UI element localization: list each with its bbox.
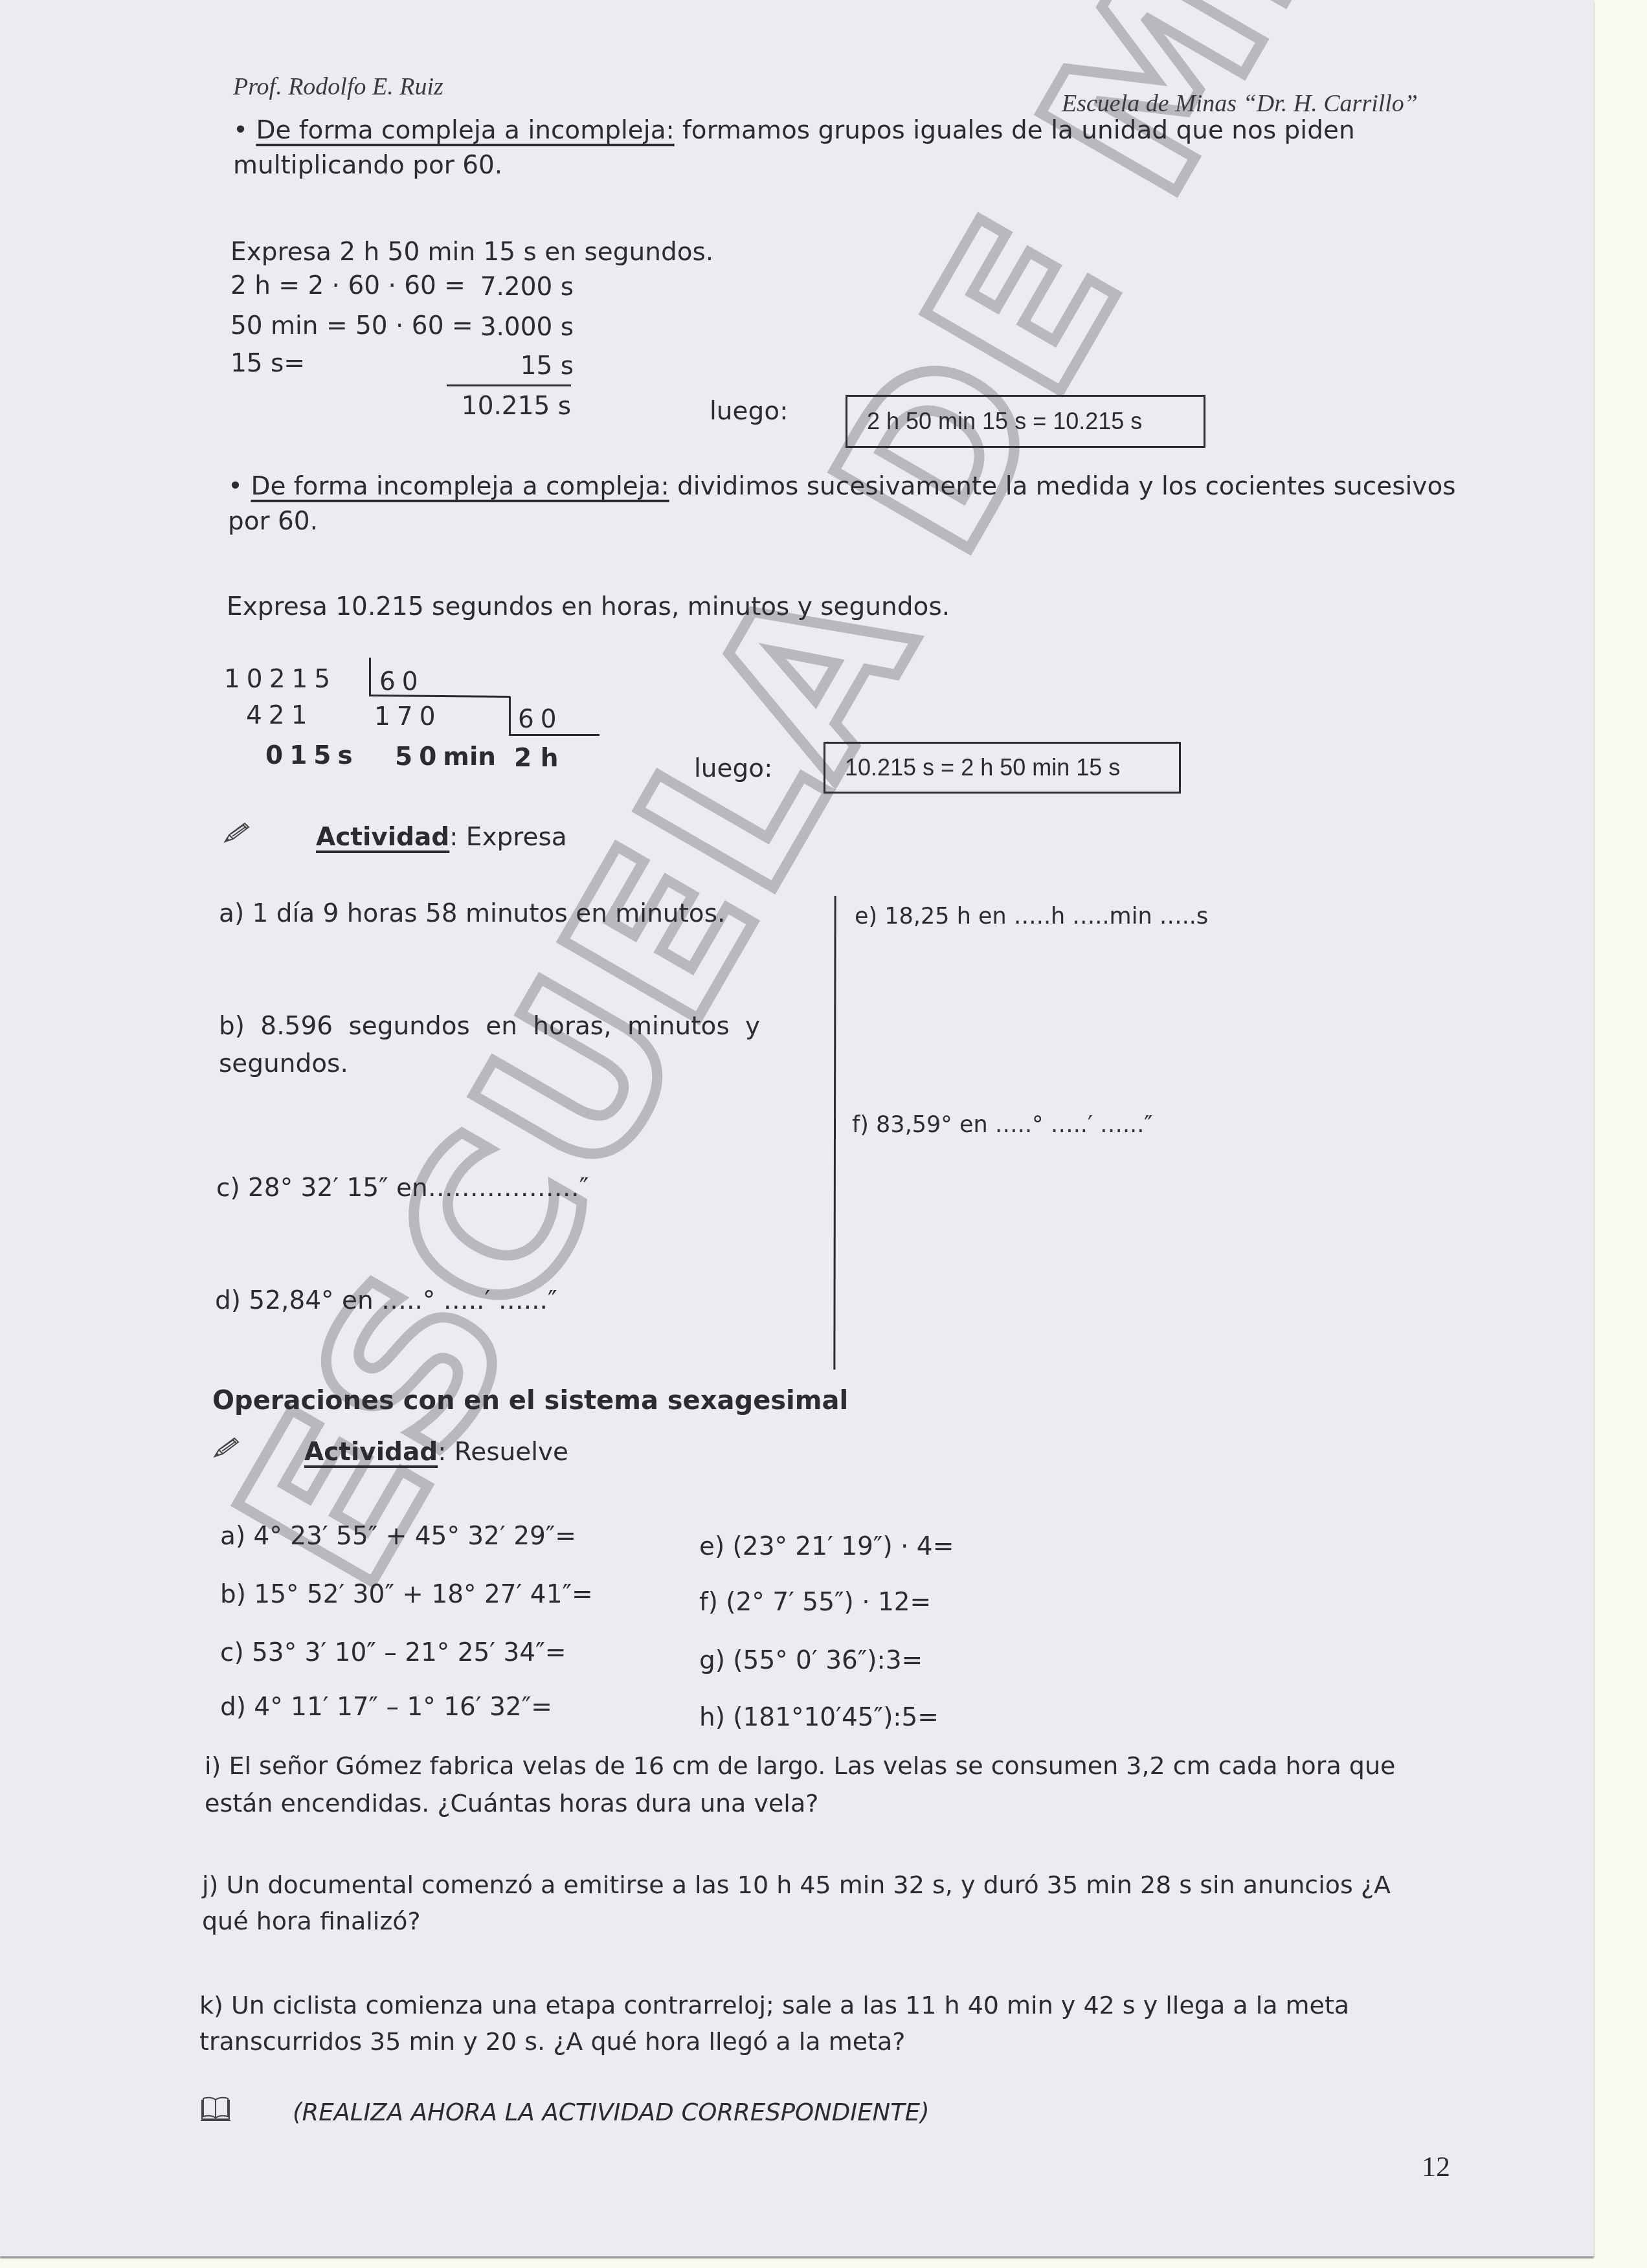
column-divider bbox=[833, 896, 836, 1370]
operations-activity-instruction: : Resuelve bbox=[438, 1438, 568, 1467]
example1-row-minutes-value: 3.000 s bbox=[457, 312, 574, 343]
division-bracket-2-horizontal bbox=[509, 734, 599, 736]
activity1-item-d: d) 52,84° en …..° …..′ …...″ bbox=[215, 1285, 557, 1317]
divisor-1: 60 bbox=[379, 667, 425, 698]
example1-total: 10.215 s bbox=[453, 391, 571, 422]
example2-result: 10.215 s = 2 h 50 min 15 s bbox=[845, 754, 1120, 781]
section1-line2: multiplicando por 60. bbox=[233, 150, 502, 181]
sum-line bbox=[447, 384, 571, 386]
operation-d: d) 4° 11′ 17″ – 1° 16′ 32″= bbox=[220, 1692, 552, 1723]
problem-j-line2: qué hora finalizó? bbox=[202, 1906, 421, 1937]
section1-text: formamos grupos iguales de la unidad que… bbox=[675, 116, 1355, 145]
problem-k-line1: k) Un ciclista comienza una etapa contra… bbox=[199, 1990, 1349, 2021]
activity1-item-e: e) 18,25 h en …..h …..min …..s bbox=[855, 901, 1208, 932]
example2-luego: luego: bbox=[694, 753, 772, 784]
hours-result: 2 h bbox=[514, 743, 558, 774]
problem-k-line2: transcurridos 35 min y 20 s. ¿A qué hora… bbox=[199, 2026, 905, 2057]
divisor-2: 60 bbox=[518, 704, 563, 735]
section2-text: dividimos sucesivamente la medida y los … bbox=[669, 472, 1456, 501]
pencil-icon bbox=[223, 821, 251, 844]
activity1-item-b-line1: b) 8.596 segundos en horas, minutos y bbox=[219, 1011, 760, 1042]
section2-line1: • De forma incompleja a compleja: dividi… bbox=[228, 471, 1456, 502]
activity1-item-f: f) 83,59° en …..° …..′ …...″ bbox=[852, 1109, 1152, 1140]
seconds-result: 015s bbox=[265, 740, 359, 772]
example1-row-hours: 2 h = 2 · 60 · 60 = bbox=[230, 271, 465, 302]
operation-a: a) 4° 23′ 55″ + 45° 32′ 29″= bbox=[220, 1521, 576, 1552]
example1-row-seconds-value: 15 s bbox=[457, 351, 574, 382]
activity1-instruction: : Expresa bbox=[449, 823, 566, 852]
problem-i-line2: están encendidas. ¿Cuántas horas dura un… bbox=[205, 1788, 818, 1819]
example1-result-box: 2 h 50 min 15 s = 10.215 s bbox=[846, 395, 1205, 448]
example1-row-minutes: 50 min = 50 · 60 = bbox=[230, 311, 473, 342]
example1-prompt: Expresa 2 h 50 min 15 s en segundos. bbox=[230, 237, 713, 268]
footer-note: (REALIZA AHORA LA ACTIVIDAD CORRESPONDIE… bbox=[293, 2097, 930, 2128]
quotient-1: 170 bbox=[374, 702, 442, 733]
pencil-icon bbox=[212, 1436, 241, 1459]
book-icon bbox=[199, 2096, 232, 2123]
section2-line2: por 60. bbox=[228, 506, 318, 537]
header-school: Escuela de Minas “Dr. H. Carrillo” bbox=[1062, 89, 1418, 118]
section1-title: De forma compleja a incompleja: bbox=[256, 116, 674, 145]
division-bracket-2-vertical bbox=[509, 696, 511, 735]
page-number: 12 bbox=[1422, 2150, 1450, 2183]
header-author: Prof. Rodolfo E. Ruiz bbox=[233, 72, 443, 101]
example2-prompt: Expresa 10.215 segundos en horas, minuto… bbox=[227, 592, 950, 623]
operation-c: c) 53° 3′ 10″ – 21° 25′ 34″= bbox=[220, 1638, 566, 1669]
operations-activity-heading: Actividad: Resuelve bbox=[304, 1437, 568, 1468]
activity1-item-b-line2: segundos. bbox=[219, 1049, 348, 1080]
partial-remainder: 421 bbox=[246, 700, 313, 731]
row-left: 2 h = 2 · 60 · 60 = bbox=[230, 271, 465, 300]
operation-b: b) 15° 52′ 30″ + 18° 27′ 41″= bbox=[220, 1579, 593, 1610]
operation-e: e) (23° 21′ 19″) · 4= bbox=[699, 1531, 954, 1562]
example1-row-hours-value: 7.200 s bbox=[457, 272, 574, 303]
example1-row-seconds: 15 s= bbox=[230, 348, 305, 379]
bullet: • bbox=[233, 116, 248, 145]
problem-j-line1: j) Un documental comenzó a emitirse a la… bbox=[202, 1869, 1391, 1900]
operations-heading: Operaciones con en el sistema sexagesima… bbox=[212, 1385, 848, 1416]
activity1-item-c: c) 28° 32′ 15″ en………………″ bbox=[216, 1173, 588, 1204]
bullet: • bbox=[228, 472, 243, 501]
operation-h: h) (181°10′45″):5= bbox=[699, 1702, 939, 1733]
example2-result-box: 10.215 s = 2 h 50 min 15 s bbox=[823, 742, 1181, 794]
document-page: ESCUELA DE MINAS Prof. Rodolfo E. Ruiz E… bbox=[0, 0, 1594, 2256]
section1-line1: • De forma compleja a incompleja: formam… bbox=[233, 115, 1355, 146]
operations-activity-label: Actividad bbox=[304, 1438, 438, 1467]
operation-f: f) (2° 7′ 55″) · 12= bbox=[699, 1587, 931, 1618]
problem-i-line1: i) El señor Gómez fabrica velas de 16 cm… bbox=[205, 1750, 1395, 1781]
division-bracket-1-vertical bbox=[369, 658, 371, 696]
minutes-result: 50 bbox=[395, 742, 443, 772]
activity1-label: Actividad bbox=[316, 823, 449, 852]
activity1-item-a: a) 1 día 9 horas 58 minutos en minutos. bbox=[219, 898, 725, 929]
operation-g: g) (55° 0′ 36″):3= bbox=[699, 1645, 923, 1676]
example1-luego: luego: bbox=[710, 396, 788, 427]
activity1-heading: Actividad: Expresa bbox=[316, 822, 567, 853]
minutes-unit: min bbox=[443, 742, 496, 772]
section2-title: De forma incompleja a compleja: bbox=[251, 472, 669, 501]
example1-result: 2 h 50 min 15 s = 10.215 s bbox=[867, 408, 1142, 435]
dividend: 10215 bbox=[224, 664, 337, 695]
